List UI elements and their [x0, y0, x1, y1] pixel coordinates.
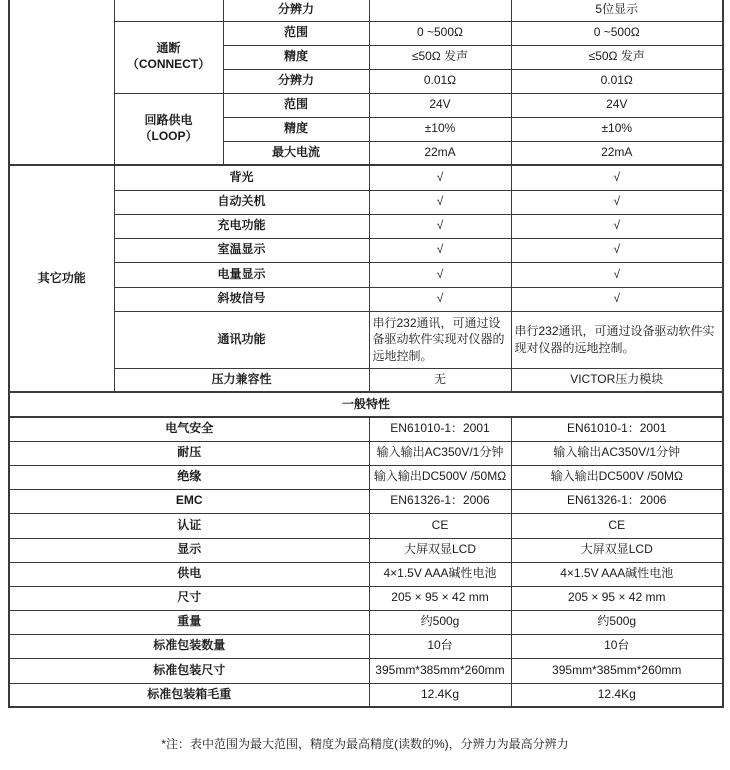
value-cell-2: 大屏双显LCD	[511, 538, 723, 562]
row-label-cell: 绝缘	[9, 465, 369, 489]
group-name: 通断	[119, 41, 219, 57]
check-cell-1: √	[369, 287, 511, 311]
check-cell-2: √	[511, 287, 723, 311]
check-cell-2: √	[511, 214, 723, 238]
value-cell-2: CE	[511, 513, 723, 538]
check-cell-1: √	[369, 165, 511, 190]
value-cell-2: EN61010-1：2001	[511, 417, 723, 441]
group-connect-cell: 通断 （CONNECT）	[114, 21, 223, 93]
value-cell-1: 395mm*385mm*260mm	[369, 658, 511, 683]
value-cell-2: ±10%	[511, 117, 723, 141]
value-cell-2: EN61326-1：2006	[511, 489, 723, 513]
check-cell-1: √	[369, 238, 511, 262]
row-label-cell: 标准包装箱毛重	[9, 683, 369, 707]
check-cell-2: √	[511, 262, 723, 287]
row-label-cell: 显示	[9, 538, 369, 562]
row-label-cell: 通讯功能	[114, 311, 369, 368]
row-label-cell: 最大电流	[223, 141, 369, 165]
value-cell-2: ≤50Ω 发声	[511, 45, 723, 69]
value-cell-2: 0.01Ω	[511, 69, 723, 93]
value-cell-1: CE	[369, 513, 511, 538]
row-label-cell: 分辨力	[223, 69, 369, 93]
row-label-cell: 认证	[9, 513, 369, 538]
table-footnote: *注：表中范围为最大范围，精度为最高精度(读数的%)，分辨力为最高分辨力	[8, 735, 722, 752]
row-label-cell: 自动关机	[114, 190, 369, 214]
value-cell-1	[369, 0, 511, 21]
value-cell-2: 24V	[511, 93, 723, 117]
value-cell-1: ≤50Ω 发声	[369, 45, 511, 69]
value-cell-1: 0 ~500Ω	[369, 21, 511, 45]
value-cell-1: 4×1.5V AAA碱性电池	[369, 562, 511, 586]
check-cell-2: √	[511, 190, 723, 214]
value-cell-2: 395mm*385mm*260mm	[511, 658, 723, 683]
cut-subgroup-cell	[114, 0, 223, 21]
value-cell-2: 约500g	[511, 610, 723, 634]
row-label-cell: 尺寸	[9, 586, 369, 610]
check-cell-2: √	[511, 165, 723, 190]
row-label-cell: EMC	[9, 489, 369, 513]
row-label-cell: 室温显示	[114, 238, 369, 262]
value-cell-2: 4×1.5V AAA碱性电池	[511, 562, 723, 586]
value-cell-1: 22mA	[369, 141, 511, 165]
section-other-functions-cell: 其它功能	[9, 165, 114, 392]
comm-description-cell-1: 串行232通讯，可通过设备驱动软件实现对仪器的远地控制。	[369, 311, 511, 368]
value-cell-2: 输入输出AC350V/1分钟	[511, 441, 723, 465]
row-label-cell: 背光	[114, 165, 369, 190]
group-subname: （CONNECT）	[119, 57, 219, 73]
value-cell-1: EN61010-1：2001	[369, 417, 511, 441]
check-cell-1: √	[369, 262, 511, 287]
value-cell-2: 输入输出DC500V /50MΩ	[511, 465, 723, 489]
row-label-cell: 斜坡信号	[114, 287, 369, 311]
value-cell-1: 约500g	[369, 610, 511, 634]
value-cell-2: 10台	[511, 634, 723, 658]
row-label-cell: 重量	[9, 610, 369, 634]
value-cell-2: 12.4Kg	[511, 683, 723, 707]
row-label-cell: 耐压	[9, 441, 369, 465]
value-cell-1: 大屏双显LCD	[369, 538, 511, 562]
general-section-header: 一般特性	[9, 392, 723, 417]
group-subname: （LOOP）	[119, 129, 219, 145]
check-cell-2: √	[511, 238, 723, 262]
row-label-cell: 标准包装数量	[9, 634, 369, 658]
spec-table: 分辨力 5位显示 通断 （CONNECT） 范围 0 ~500Ω 0 ~500Ω…	[8, 0, 724, 708]
value-cell-1: 输入输出DC500V /50MΩ	[369, 465, 511, 489]
value-cell-2: VICTOR压力模块	[511, 368, 723, 392]
value-cell-2: 205 × 95 × 42 mm	[511, 586, 723, 610]
row-label-cell: 精度	[223, 45, 369, 69]
value-cell-1: 24V	[369, 93, 511, 117]
value-cell-1: 205 × 95 × 42 mm	[369, 586, 511, 610]
comm-description-cell-2: 串行232通讯，可通过设备驱动软件实现对仪器的远地控制。	[511, 311, 723, 368]
cut-left-group-cell	[9, 0, 114, 165]
check-cell-1: √	[369, 214, 511, 238]
row-label-cell: 范围	[223, 21, 369, 45]
value-cell-1: 10台	[369, 634, 511, 658]
value-cell-2: 5位显示	[511, 0, 723, 21]
value-cell-1: 无	[369, 368, 511, 392]
value-cell-1: 0.01Ω	[369, 69, 511, 93]
row-label-cell: 供电	[9, 562, 369, 586]
value-cell-2: 22mA	[511, 141, 723, 165]
row-label-cell: 充电功能	[114, 214, 369, 238]
row-label-cell: 精度	[223, 117, 369, 141]
check-cell-1: √	[369, 190, 511, 214]
row-label-cell: 电气安全	[9, 417, 369, 441]
value-cell-1: ±10%	[369, 117, 511, 141]
group-loop-cell: 回路供电 （LOOP）	[114, 93, 223, 165]
row-label-cell: 电量显示	[114, 262, 369, 287]
row-label-cell: 分辨力	[223, 0, 369, 21]
value-cell-2: 0 ~500Ω	[511, 21, 723, 45]
row-label-cell: 标准包装尺寸	[9, 658, 369, 683]
row-label-cell: 范围	[223, 93, 369, 117]
value-cell-1: EN61326-1：2006	[369, 489, 511, 513]
row-label-cell: 压力兼容性	[114, 368, 369, 392]
value-cell-1: 输入输出AC350V/1分钟	[369, 441, 511, 465]
group-name: 回路供电	[119, 113, 219, 129]
value-cell-1: 12.4Kg	[369, 683, 511, 707]
